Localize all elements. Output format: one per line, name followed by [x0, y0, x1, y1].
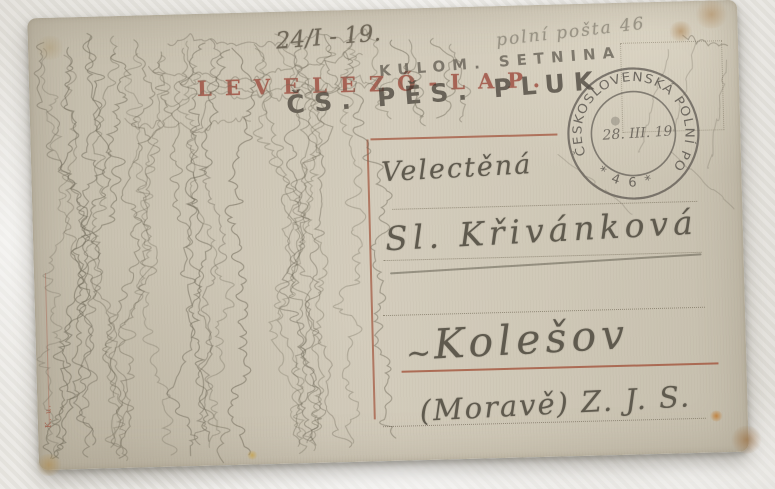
pencil-stroke	[219, 48, 266, 456]
pencil-stroke	[178, 51, 363, 84]
stain	[35, 454, 64, 477]
handwriting-address-line3-prefix: ~	[405, 336, 432, 372]
pencil-stroke	[705, 60, 729, 168]
pencil-stroke	[125, 115, 251, 134]
pencil-stroke	[182, 50, 240, 442]
pencil-stroke	[430, 38, 456, 118]
pencil-stroke	[64, 36, 112, 445]
pencil-stroke	[277, 49, 322, 444]
fabric-background: LEVELEZŐ-LAP. KULOM. SETNINA ČS. PĚS. PL…	[0, 0, 775, 489]
pencil-stroke	[123, 53, 177, 456]
pencil-stroke	[449, 44, 471, 122]
stain	[730, 425, 763, 454]
pencil-stroke	[636, 50, 671, 153]
pencil-stroke	[407, 39, 425, 126]
postcard: LEVELEZŐ-LAP. KULOM. SETNINA ČS. PĚS. PL…	[27, 0, 749, 470]
pencil-stroke	[184, 39, 232, 445]
pencil-stroke	[671, 150, 734, 211]
pencil-stroke	[95, 39, 165, 458]
pencil-stroke	[326, 37, 371, 444]
pencil-stroke	[42, 53, 141, 458]
pencil-stroke	[671, 43, 698, 131]
